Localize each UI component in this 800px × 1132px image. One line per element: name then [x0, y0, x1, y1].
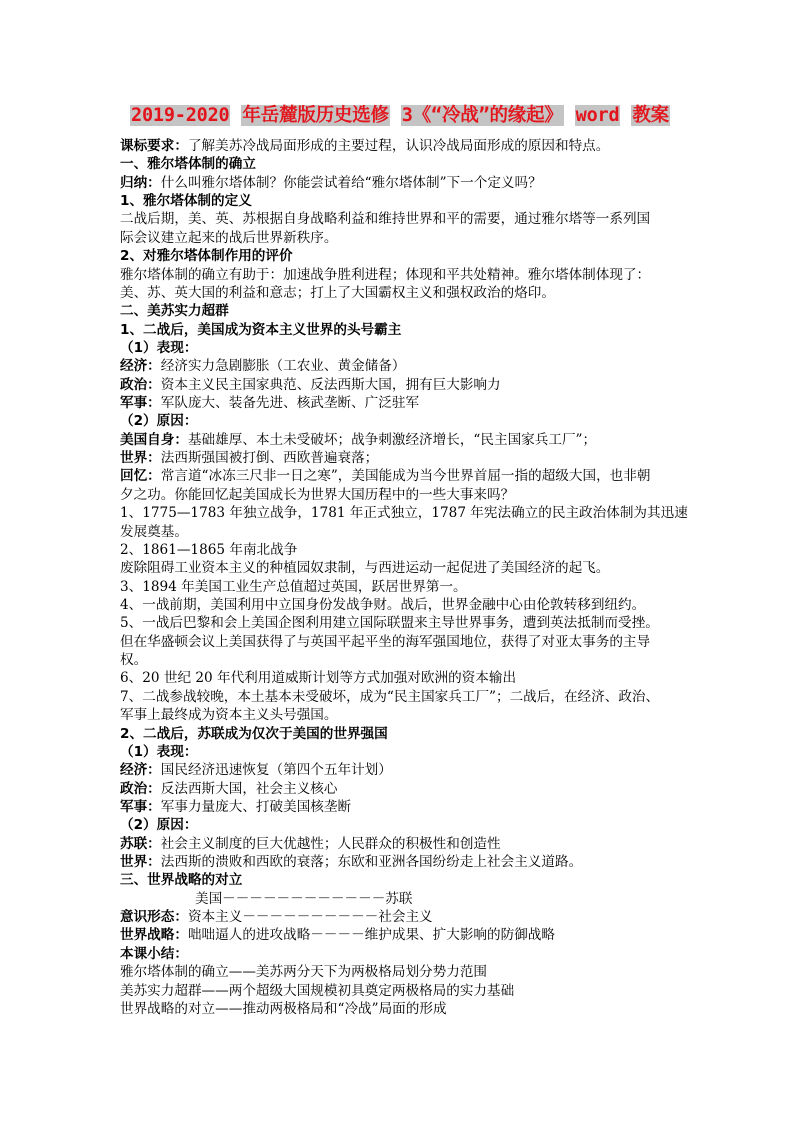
- line-text: 法西斯的溃败和西欧的衰落；东欧和亚洲各国纷纷走上社会主义道路。: [161, 854, 582, 870]
- heading-text: 1、雅尔塔体制的定义: [120, 193, 252, 209]
- line-text: 5、一战后巴黎和会上美国企图利用建立国际联盟来主导世界事务，遭到英法抵制而受挫。: [120, 615, 659, 631]
- line-label: 经济：: [120, 762, 161, 778]
- line-label: 军事：: [120, 799, 161, 815]
- paragraph-line: 废除阻碍工业资本主义的种植园奴隶制，与西进运动一起促进了美国经济的起飞。: [120, 559, 676, 577]
- paragraph-line: 1、1775—1783 年独立战争，1781 年正式独立，1787 年宪法确立的…: [120, 504, 676, 522]
- title-part: 教案: [631, 105, 670, 126]
- heading-text: （2）原因：: [120, 817, 197, 833]
- document-page: 2019-2020 年岳麓版历史选修 3《“冷战”的缘起》 word 教案 课标…: [0, 0, 800, 1132]
- paragraph-line: 美国－－－－－－－－－－－－苏联: [120, 890, 676, 908]
- paragraph-line: 7、二战参战较晚，本土基本未受破坏，成为“民主国家兵工厂”；二战后，在经济、政治…: [120, 688, 676, 706]
- line-text: 权。: [120, 652, 147, 668]
- line-label: 政治：: [120, 781, 161, 797]
- line-text: 二战后期，美、英、苏根据自身战略利益和维持世界和平的需要，通过雅尔塔等一系列国: [120, 211, 650, 227]
- line-label: 军事：: [120, 395, 161, 411]
- line-text: 雅尔塔体制的确立——美苏两分天下为两极格局划分势力范围: [120, 964, 487, 980]
- line-label: 美国自身：: [120, 432, 188, 448]
- paragraph-line: 课标要求：了解美苏冷战局面形成的主要过程，认识冷战局面形成的原因和特点。: [120, 137, 676, 155]
- paragraph-line: 4、一战前期，美国利用中立国身份发战争财。战后，世界金融中心由伦敦转移到纽约。: [120, 596, 676, 614]
- line-text: 6、20 世纪 20 年代利用道威斯计划等方式加强对欧洲的资本输出: [120, 670, 516, 686]
- document-body: 课标要求：了解美苏冷战局面形成的主要过程，认识冷战局面形成的原因和特点。一、雅尔…: [120, 137, 676, 1018]
- heading-text: 本课小结：: [120, 946, 188, 962]
- line-text: 资本主义民主国家典范、反法西斯大国，拥有巨大影响力: [161, 377, 501, 393]
- section-heading: 本课小结：: [120, 945, 676, 963]
- line-text: 常言道“冰冻三尺非一日之寒”，美国能成为当今世界首屈一指的超级大国，也非朝: [161, 468, 651, 484]
- line-text: 3、1894 年美国工业生产总值超过英国，跃居世界第一。: [120, 579, 467, 595]
- line-label: 政治：: [120, 377, 161, 393]
- paragraph-line: 美、苏、英大国的利益和意志；打上了大国霸权主义和强权政治的烙印。: [120, 284, 676, 302]
- section-heading: 一、雅尔塔体制的确立: [120, 155, 676, 173]
- line-label: 归纳：: [120, 175, 161, 191]
- heading-text: （2）原因：: [120, 413, 197, 429]
- paragraph-line: 经济：国民经济迅速恢复（第四个五年计划）: [120, 761, 676, 779]
- line-text: 发展奠基。: [120, 524, 188, 540]
- paragraph-line: 际会议建立起来的战后世界新秩序。: [120, 229, 676, 247]
- line-label: 意识形态：: [120, 909, 188, 925]
- line-text: 7、二战参战较晚，本土基本未受破坏，成为“民主国家兵工厂”；二战后，在经济、政治…: [120, 689, 659, 705]
- line-text: 但在华盛顿会议上美国获得了与英国平起平坐的海军强国地位，获得了对亚太事务的主导: [120, 634, 650, 650]
- paragraph-line: 5、一战后巴黎和会上美国企图利用建立国际联盟来主导世界事务，遭到英法抵制而受挫。: [120, 614, 676, 632]
- paragraph-line: 世界：法西斯强国被打倒、西欧普遍衰落；: [120, 449, 676, 467]
- heading-text: （1）表现：: [120, 744, 197, 760]
- line-text: 资本主义－－－－－－－－－－社会主义: [188, 909, 433, 925]
- paragraph-line: 归纳：什么叫雅尔塔体制？你能尝试着给“雅尔塔体制”下一个定义吗？: [120, 174, 676, 192]
- paragraph-line: 美苏实力超群——两个超级大国规模初具奠定两极格局的实力基础: [120, 982, 676, 1000]
- paragraph-line: 军事：军队庞大、装备先进、核武垄断、广泛驻军: [120, 394, 676, 412]
- line-text: 雅尔塔体制的确立有助于：加速战争胜利进程；体现和平共处精神。雅尔塔体制体现了：: [120, 267, 650, 283]
- title-part: word: [575, 105, 621, 126]
- line-text: 军事力量庞大、打破美国核垄断: [161, 799, 351, 815]
- heading-text: 三、世界战略的对立: [120, 872, 242, 888]
- line-text: 世界战略的对立——推动两极格局和“冷战”局面的形成: [120, 1001, 447, 1017]
- paragraph-line: 世界战略：咄咄逼人的进攻战略－－－－维护成果、扩大影响的防御战略: [120, 926, 676, 944]
- paragraph-line: 军事上最终成为资本主义头号强国。: [120, 706, 676, 724]
- line-text: 废除阻碍工业资本主义的种植园奴隶制，与西进运动一起促进了美国经济的起飞。: [120, 560, 609, 576]
- heading-text: 2、对雅尔塔体制作用的评价: [120, 248, 293, 264]
- line-label: 回忆：: [120, 468, 161, 484]
- paragraph-line: 意识形态：资本主义－－－－－－－－－－社会主义: [120, 908, 676, 926]
- paragraph-line: 苏联：社会主义制度的巨大优越性；人民群众的积极性和创造性: [120, 835, 676, 853]
- section-heading: （2）原因：: [120, 412, 676, 430]
- title-part: 2019-2020: [130, 105, 230, 126]
- document-title: 2019-2020 年岳麓版历史选修 3《“冷战”的缘起》 word 教案: [0, 104, 800, 128]
- line-text: 反法西斯大国，社会主义核心: [161, 781, 338, 797]
- heading-text: 一、雅尔塔体制的确立: [120, 156, 256, 172]
- line-text: 美国－－－－－－－－－－－－苏联: [195, 891, 413, 907]
- line-label: 课标要求：: [120, 138, 188, 154]
- line-text: 什么叫雅尔塔体制？你能尝试着给“雅尔塔体制”下一个定义吗？: [161, 175, 542, 191]
- section-heading: 1、二战后，美国成为资本主义世界的头号霸主: [120, 321, 676, 339]
- paragraph-line: 回忆：常言道“冰冻三尺非一日之寒”，美国能成为当今世界首屈一指的超级大国，也非朝: [120, 467, 676, 485]
- line-label: 苏联：: [120, 836, 161, 852]
- heading-text: （1）表现：: [120, 340, 197, 356]
- paragraph-line: 2、1861—1865 年南北战争: [120, 541, 676, 559]
- paragraph-line: 雅尔塔体制的确立有助于：加速战争胜利进程；体现和平共处精神。雅尔塔体制体现了：: [120, 266, 676, 284]
- line-text: 基础雄厚、本土未受破坏；战争刺激经济增长，“民主国家兵工厂”；: [188, 432, 596, 448]
- section-heading: （2）原因：: [120, 816, 676, 834]
- line-label: 世界：: [120, 854, 161, 870]
- paragraph-line: 经济：经济实力急剧膨胀（工农业、黄金储备）: [120, 357, 676, 375]
- paragraph-line: 军事：军事力量庞大、打破美国核垄断: [120, 798, 676, 816]
- paragraph-line: 夕之功。你能回忆起美国成长为世界大国历程中的一些大事来吗？: [120, 486, 676, 504]
- line-text: 经济实力急剧膨胀（工农业、黄金储备）: [161, 358, 406, 374]
- line-text: 美、苏、英大国的利益和意志；打上了大国霸权主义和强权政治的烙印。: [120, 285, 555, 301]
- title-part: 年岳麓版历史选修: [241, 105, 389, 126]
- section-heading: （1）表现：: [120, 743, 676, 761]
- paragraph-line: 二战后期，美、英、苏根据自身战略利益和维持世界和平的需要，通过雅尔塔等一系列国: [120, 210, 676, 228]
- section-heading: 二、美苏实力超群: [120, 302, 676, 320]
- line-label: 世界战略：: [120, 927, 188, 943]
- heading-text: 二、美苏实力超群: [120, 303, 229, 319]
- line-text: 法西斯强国被打倒、西欧普遍衰落；: [161, 450, 379, 466]
- line-text: 军事上最终成为资本主义头号强国。: [120, 707, 338, 723]
- line-text: 了解美苏冷战局面形成的主要过程，认识冷战局面形成的原因和特点。: [188, 138, 609, 154]
- line-text: 际会议建立起来的战后世界新秩序。: [120, 230, 338, 246]
- line-label: 世界：: [120, 450, 161, 466]
- paragraph-line: 世界：法西斯的溃败和西欧的衰落；东欧和亚洲各国纷纷走上社会主义道路。: [120, 853, 676, 871]
- section-heading: 2、对雅尔塔体制作用的评价: [120, 247, 676, 265]
- paragraph-line: 世界战略的对立——推动两极格局和“冷战”局面的形成: [120, 1000, 676, 1018]
- line-text: 社会主义制度的巨大优越性；人民群众的积极性和创造性: [161, 836, 501, 852]
- line-text: 4、一战前期，美国利用中立国身份发战争财。战后，世界金融中心由伦敦转移到纽约。: [120, 597, 645, 613]
- line-text: 军队庞大、装备先进、核武垄断、广泛驻军: [161, 395, 419, 411]
- line-text: 夕之功。你能回忆起美国成长为世界大国历程中的一些大事来吗？: [120, 487, 514, 503]
- line-text: 2、1861—1865 年南北战争: [120, 542, 297, 558]
- heading-text: 1、二战后，美国成为资本主义世界的头号霸主: [120, 322, 401, 338]
- paragraph-line: 政治：反法西斯大国，社会主义核心: [120, 780, 676, 798]
- paragraph-line: 但在华盛顿会议上美国获得了与英国平起平坐的海军强国地位，获得了对亚太事务的主导: [120, 633, 676, 651]
- line-text: 国民经济迅速恢复（第四个五年计划）: [161, 762, 392, 778]
- paragraph-line: 6、20 世纪 20 年代利用道威斯计划等方式加强对欧洲的资本输出: [120, 669, 676, 687]
- paragraph-line: 政治：资本主义民主国家典范、反法西斯大国，拥有巨大影响力: [120, 376, 676, 394]
- paragraph-line: 权。: [120, 651, 676, 669]
- paragraph-line: 雅尔塔体制的确立——美苏两分天下为两极格局划分势力范围: [120, 963, 676, 981]
- heading-text: 2、二战后，苏联成为仅次于美国的世界强国: [120, 726, 388, 742]
- line-text: 咄咄逼人的进攻战略－－－－维护成果、扩大影响的防御战略: [188, 927, 555, 943]
- line-text: 美苏实力超群——两个超级大国规模初具奠定两极格局的实力基础: [120, 983, 514, 999]
- title-part: 3《“冷战”的缘起》: [401, 105, 564, 126]
- section-heading: 2、二战后，苏联成为仅次于美国的世界强国: [120, 725, 676, 743]
- section-heading: （1）表现：: [120, 339, 676, 357]
- section-heading: 1、雅尔塔体制的定义: [120, 192, 676, 210]
- section-heading: 三、世界战略的对立: [120, 871, 676, 889]
- paragraph-line: 发展奠基。: [120, 523, 676, 541]
- line-text: 1、1775—1783 年独立战争，1781 年正式独立，1787 年宪法确立的…: [120, 505, 688, 521]
- paragraph-line: 3、1894 年美国工业生产总值超过英国，跃居世界第一。: [120, 578, 676, 596]
- paragraph-line: 美国自身：基础雄厚、本土未受破坏；战争刺激经济增长，“民主国家兵工厂”；: [120, 431, 676, 449]
- line-label: 经济：: [120, 358, 161, 374]
